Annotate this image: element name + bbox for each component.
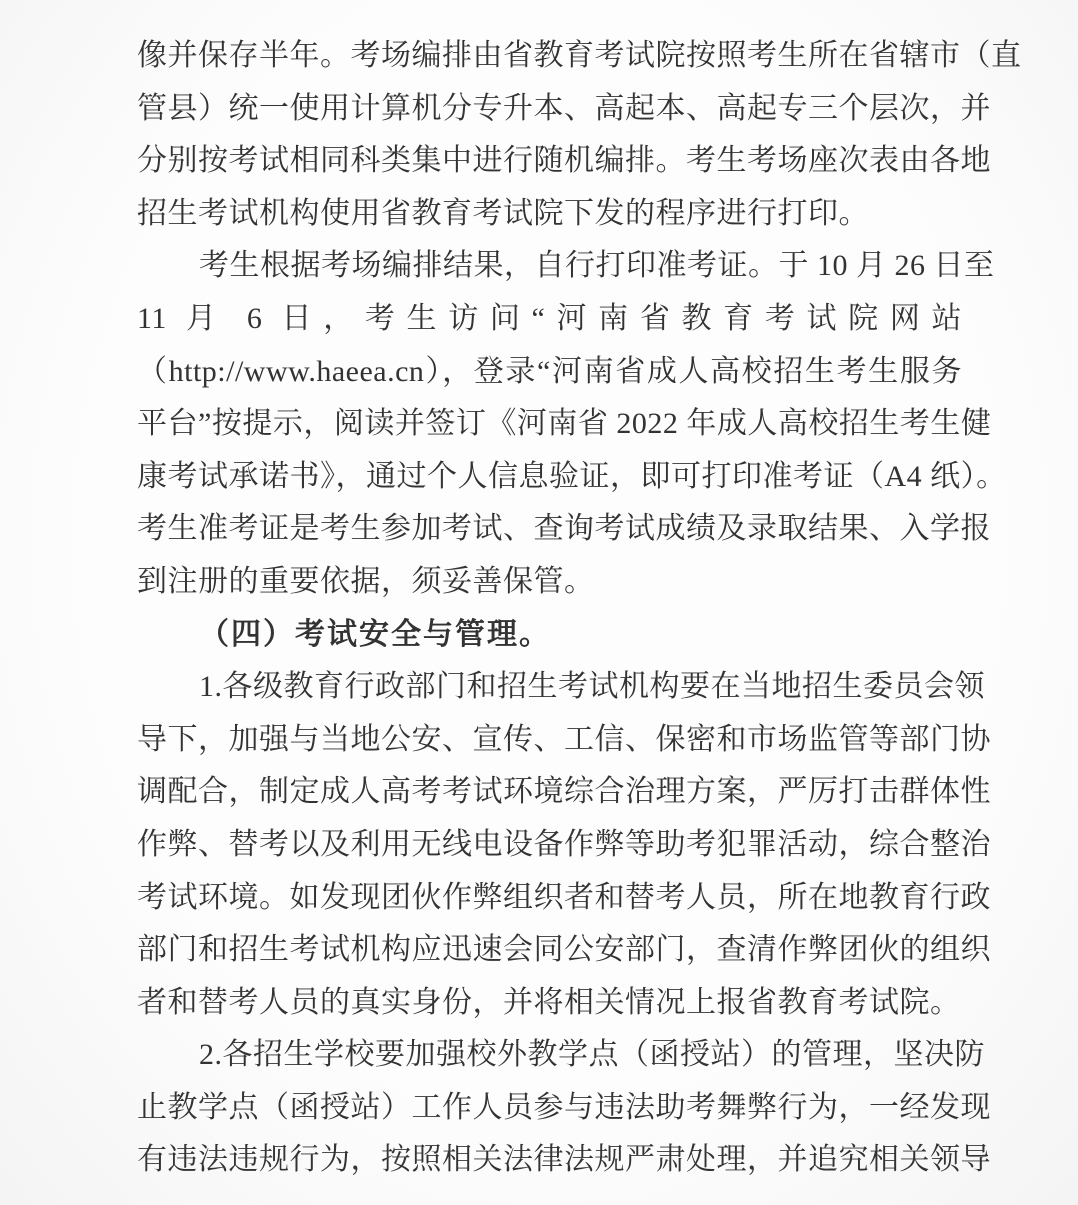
text-line: 11 月 6 日，考生访问“河南省教育考试院网站	[137, 293, 962, 346]
text-line: 部门和招生考试机构应迅速会同公安部门，查清作弊团伙的组织	[137, 924, 962, 977]
text-line: 康考试承诺书》，通过个人信息验证，即可打印准考证（A4 纸）。	[137, 451, 962, 504]
text-line: 像并保存半年。考场编排由省教育考试院按照考生所在省辖市（直	[137, 30, 962, 83]
text-line: 有违法违规行为，按照相关法律法规严肃处理，并追究相关领导	[137, 1134, 962, 1187]
text-line: 1.各级教育行政部门和招生考试机构要在当地招生委员会领	[137, 661, 962, 714]
text-line: 作弊、替考以及利用无线电设备作弊等助考犯罪活动，综合整治	[137, 819, 962, 872]
text-line: 者和替考人员的真实身份，并将相关情况上报省教育考试院。	[137, 977, 962, 1030]
text-line: 分别按考试相同科类集中进行随机编排。考生考场座次表由各地	[137, 135, 962, 188]
text-line: 考生根据考场编排结果，自行打印准考证。于 10 月 26 日至	[137, 240, 962, 293]
text-line: 招生考试机构使用省教育考试院下发的程序进行打印。	[137, 188, 962, 241]
text-line: 导下，加强与当地公安、宣传、工信、保密和市场监管等部门协	[137, 714, 962, 767]
section-heading: （四）考试安全与管理。	[137, 609, 962, 662]
text-line: 调配合，制定成人高考考试环境综合治理方案，严厉打击群体性	[137, 766, 962, 819]
text-line: 2.各招生学校要加强校外教学点（函授站）的管理，坚决防	[137, 1029, 962, 1082]
text-line: 考生准考证是考生参加考试、查询考试成绩及录取结果、入学报	[137, 503, 962, 556]
text-line: 管县）统一使用计算机分专升本、高起本、高起专三个层次，并	[137, 83, 962, 136]
text-line: 平台”按提示，阅读并签订《河南省 2022 年成人高校招生考生健	[137, 398, 962, 451]
text-line: 考试环境。如发现团伙作弊组织者和替考人员，所在地教育行政	[137, 872, 962, 925]
text-line: 到注册的重要依据，须妥善保管。	[137, 556, 962, 609]
text-line: （http://www.haeea.cn），登录“河南省成人高校招生考生服务	[137, 346, 962, 399]
document-page: 像并保存半年。考场编排由省教育考试院按照考生所在省辖市（直 管县）统一使用计算机…	[0, 0, 1078, 1205]
text-line: 止教学点（函授站）工作人员参与违法助考舞弊行为，一经发现	[137, 1082, 962, 1135]
